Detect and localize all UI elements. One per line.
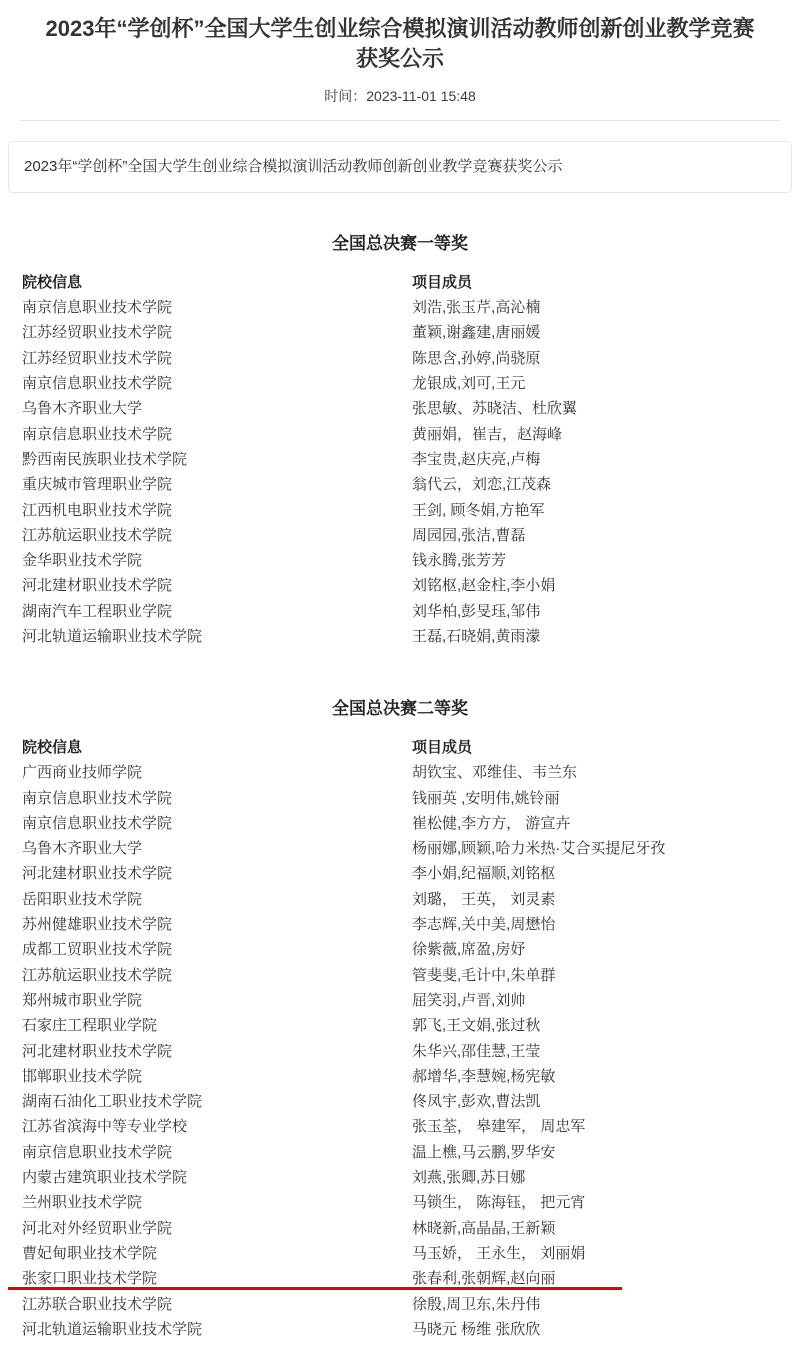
table-row: 南京信息职业技术学院 刘浩,张玉芹,高沁楠 [22,294,780,319]
table-row: 成都工贸职业技术学院 徐紫薇,席盈,房妤 [22,936,780,961]
rows-container: 南京信息职业技术学院 刘浩,张玉芹,高沁楠 江苏经贸职业技术学院 董颖,谢鑫建,… [22,294,780,648]
award-table: 院校信息 项目成员 南京信息职业技术学院 刘浩,张玉芹,高沁楠 江苏经贸职业技术… [0,269,800,648]
table-row: 河北建材职业技术学院 刘铭枢,赵金柱,李小娟 [22,572,780,597]
school-cell: 河北建材职业技术学院 [22,574,412,595]
school-cell: 岳阳职业技术学院 [22,888,412,909]
award-table: 院校信息 项目成员 广西商业技师学院 胡钦宝、邓维佳、韦兰东 南京信息职业技术学… [0,734,800,1341]
table-column-headers: 院校信息 项目成员 [22,734,780,759]
school-cell: 乌鲁木齐职业大学 [22,837,412,858]
members-cell: 马晓元 杨维 张欣欣 [412,1318,780,1339]
page-title: 2023年“学创杯”全国大学生创业综合模拟演训活动教师创新创业教学竞赛获奖公示 [0,0,800,74]
members-cell: 温上樵,马云鹏,罗华安 [412,1141,780,1162]
members-cell: 王剑, 顾冬娟,方艳军 [412,499,780,520]
award-section-first-prize: 全国总决赛一等奖 院校信息 项目成员 南京信息职业技术学院 刘浩,张玉芹,高沁楠… [0,229,800,648]
table-row: 乌鲁木齐职业大学 杨丽娜,顾颖,哈力米热·艾合买提尼牙孜 [22,835,780,860]
divider [20,120,780,121]
members-cell: 董颖,谢鑫建,唐丽媛 [412,321,780,342]
school-cell: 南京信息职业技术学院 [22,423,412,444]
table-row: 广西商业技师学院 胡钦宝、邓维佳、韦兰东 [22,759,780,784]
column-header-school: 院校信息 [22,736,412,757]
members-cell: 张玉荃， 皋建军， 周忠军 [412,1115,780,1136]
school-cell: 河北轨道运输职业技术学院 [22,625,412,646]
table-row: 南京信息职业技术学院 崔松健,李方方， 游宣卉 [22,810,780,835]
school-cell: 重庆城市管理职业学院 [22,473,412,494]
table-row: 苏州健雄职业技术学院 李志辉,关中美,周懋怡 [22,911,780,936]
rows-container: 广西商业技师学院 胡钦宝、邓维佳、韦兰东 南京信息职业技术学院 钱丽英 ,安明伟… [22,759,780,1341]
school-cell: 金华职业技术学院 [22,549,412,570]
school-cell: 苏州健雄职业技术学院 [22,913,412,934]
school-cell: 南京信息职业技术学院 [22,787,412,808]
school-cell: 湖南汽车工程职业学院 [22,600,412,621]
table-row: 南京信息职业技术学院 温上樵,马云鹏,罗华安 [22,1139,780,1164]
table-row: 曹妃甸职业技术学院 马玉娇， 王永生， 刘丽娟 [22,1240,780,1265]
table-row: 兰州职业技术学院 马锁生， 陈海钰， 把元宵 [22,1189,780,1214]
school-cell: 黔西南民族职业技术学院 [22,448,412,469]
table-row: 重庆城市管理职业学院 翁代云，刘恋,江茂森 [22,471,780,496]
school-cell: 南京信息职业技术学院 [22,1141,412,1162]
members-cell: 黄丽娟，崔吉，赵海峰 [412,423,780,444]
announcement-page: 2023年“学创杯”全国大学生创业综合模拟演训活动教师创新创业教学竞赛获奖公示 … [0,0,800,1341]
members-cell: 朱华兴,邵佳慧,王莹 [412,1040,780,1061]
table-row: 南京信息职业技术学院 龙银成,刘可,王元 [22,370,780,395]
table-row: 郑州城市职业学院 屈笑羽,卢晋,刘帅 [22,987,780,1012]
table-row: 乌鲁木齐职业大学 张思敏、苏晓洁、杜欣翼 [22,395,780,420]
members-cell: 林晓新,高晶晶,王新颖 [412,1217,780,1238]
school-cell: 成都工贸职业技术学院 [22,938,412,959]
school-cell: 邯郸职业技术学院 [22,1065,412,1086]
members-cell: 钱永腾,张芳芳 [412,549,780,570]
school-cell: 江苏航运职业技术学院 [22,964,412,985]
school-cell: 石家庄工程职业学院 [22,1014,412,1035]
table-row: 江苏经贸职业技术学院 陈思含,孙婷,尚骁原 [22,345,780,370]
members-cell: 崔松健,李方方， 游宣卉 [412,812,780,833]
summary-text: 2023年“学创杯”全国大学生创业综合模拟演训活动教师创新创业教学竞赛获奖公示 [24,158,562,175]
members-cell: 管斐斐,毛计中,朱单群 [412,964,780,985]
table-row: 河北对外经贸职业学院 林晓新,高晶晶,王新颖 [22,1215,780,1240]
members-cell: 龙银成,刘可,王元 [412,372,780,393]
members-cell: 李宝贵,赵庆亮,卢梅 [412,448,780,469]
publish-time: 时间：2023-11-01 15:48 [0,86,800,106]
members-cell: 李志辉,关中美,周懋怡 [412,913,780,934]
school-cell: 广西商业技师学院 [22,761,412,782]
school-cell: 江苏联合职业技术学院 [22,1293,412,1314]
table-column-headers: 院校信息 项目成员 [22,269,780,294]
members-cell: 郝增华,李慧婉,杨宪敏 [412,1065,780,1086]
school-cell: 江西机电职业技术学院 [22,499,412,520]
members-cell: 李小娟,纪福顺,刘铭枢 [412,862,780,883]
school-cell: 河北轨道运输职业技术学院 [22,1318,412,1339]
school-cell: 江苏经贸职业技术学院 [22,321,412,342]
table-row: 邯郸职业技术学院 郝增华,李慧婉,杨宪敏 [22,1063,780,1088]
members-cell: 刘璐， 王英， 刘灵素 [412,888,780,909]
time-value: 2023-11-01 15:48 [366,88,476,104]
table-row: 河北轨道运输职业技术学院 马晓元 杨维 张欣欣 [22,1316,780,1341]
school-cell: 江苏航运职业技术学院 [22,524,412,545]
school-cell: 曹妃甸职业技术学院 [22,1242,412,1263]
section-title: 全国总决赛一等奖 [0,229,800,254]
school-cell: 内蒙古建筑职业技术学院 [22,1166,412,1187]
school-cell: 郑州城市职业学院 [22,989,412,1010]
members-cell: 周园园,张洁,曹磊 [412,524,780,545]
table-row: 岳阳职业技术学院 刘璐， 王英， 刘灵素 [22,886,780,911]
table-row: 江苏航运职业技术学院 周园园,张洁,曹磊 [22,522,780,547]
section-title: 全国总决赛二等奖 [0,694,800,719]
school-cell: 兰州职业技术学院 [22,1191,412,1212]
school-cell: 湖南石油化工职业技术学院 [22,1090,412,1111]
school-cell: 江苏经贸职业技术学院 [22,347,412,368]
school-cell: 乌鲁木齐职业大学 [22,397,412,418]
table-row: 南京信息职业技术学院 黄丽娟，崔吉，赵海峰 [22,420,780,445]
award-section-second-prize: 全国总决赛二等奖 院校信息 项目成员 广西商业技师学院 胡钦宝、邓维佳、韦兰东 … [0,694,800,1341]
table-row: 张家口职业技术学院 张春利,张朝辉,赵向丽 [22,1265,780,1290]
column-header-members: 项目成员 [412,271,472,292]
members-cell: 翁代云，刘恋,江茂森 [412,473,780,494]
school-cell: 河北建材职业技术学院 [22,1040,412,1061]
members-cell: 徐紫薇,席盈,房妤 [412,938,780,959]
table-row: 河北建材职业技术学院 李小娟,纪福顺,刘铭枢 [22,860,780,885]
members-cell: 刘铭枢,赵金柱,李小娟 [412,574,780,595]
school-cell: 张家口职业技术学院 [22,1267,412,1288]
column-header-members: 项目成员 [412,736,472,757]
table-row: 黔西南民族职业技术学院 李宝贵,赵庆亮,卢梅 [22,446,780,471]
members-cell: 刘华柏,彭旻珏,邹伟 [412,600,780,621]
column-header-school: 院校信息 [22,271,412,292]
school-cell: 南京信息职业技术学院 [22,372,412,393]
table-row: 湖南石油化工职业技术学院 佟凤宇,彭欢,曹法凯 [22,1088,780,1113]
school-cell: 河北对外经贸职业学院 [22,1217,412,1238]
school-cell: 南京信息职业技术学院 [22,296,412,317]
members-cell: 张思敏、苏晓洁、杜欣翼 [412,397,780,418]
members-cell: 刘浩,张玉芹,高沁楠 [412,296,780,317]
members-cell: 张春利,张朝辉,赵向丽 [412,1267,780,1288]
members-cell: 郭飞,王文娟,张过秋 [412,1014,780,1035]
members-cell: 胡钦宝、邓维佳、韦兰东 [412,761,780,782]
members-cell: 王磊,石晓娟,黄雨濛 [412,625,780,646]
table-row: 河北建材职业技术学院 朱华兴,邵佳慧,王莹 [22,1037,780,1062]
table-row: 河北轨道运输职业技术学院 王磊,石晓娟,黄雨濛 [22,623,780,648]
summary-box: 2023年“学创杯”全国大学生创业综合模拟演训活动教师创新创业教学竞赛获奖公示 [8,141,792,193]
table-row: 江苏省滨海中等专业学校 张玉荃， 皋建军， 周忠军 [22,1113,780,1138]
school-cell: 南京信息职业技术学院 [22,812,412,833]
members-cell: 陈思含,孙婷,尚骁原 [412,347,780,368]
time-label: 时间： [324,88,366,104]
table-row: 南京信息职业技术学院 钱丽英 ,安明伟,姚铃丽 [22,784,780,809]
members-cell: 屈笑羽,卢晋,刘帅 [412,989,780,1010]
table-row: 湖南汽车工程职业学院 刘华柏,彭旻珏,邹伟 [22,598,780,623]
members-cell: 马锁生， 陈海钰， 把元宵 [412,1191,780,1212]
table-row: 江苏联合职业技术学院 徐殷,周卫东,朱丹伟 [22,1290,780,1315]
table-row: 江苏经贸职业技术学院 董颖,谢鑫建,唐丽媛 [22,319,780,344]
members-cell: 杨丽娜,顾颖,哈力米热·艾合买提尼牙孜 [412,837,780,858]
members-cell: 钱丽英 ,安明伟,姚铃丽 [412,787,780,808]
table-row: 江苏航运职业技术学院 管斐斐,毛计中,朱单群 [22,962,780,987]
table-row: 金华职业技术学院 钱永腾,张芳芳 [22,547,780,572]
table-row: 石家庄工程职业学院 郭飞,王文娟,张过秋 [22,1012,780,1037]
school-cell: 河北建材职业技术学院 [22,862,412,883]
school-cell: 江苏省滨海中等专业学校 [22,1115,412,1136]
members-cell: 马玉娇， 王永生， 刘丽娟 [412,1242,780,1263]
members-cell: 佟凤宇,彭欢,曹法凯 [412,1090,780,1111]
members-cell: 徐殷,周卫东,朱丹伟 [412,1293,780,1314]
table-row: 内蒙古建筑职业技术学院 刘燕,张卿,苏日娜 [22,1164,780,1189]
members-cell: 刘燕,张卿,苏日娜 [412,1166,780,1187]
table-row: 江西机电职业技术学院 王剑, 顾冬娟,方艳军 [22,496,780,521]
